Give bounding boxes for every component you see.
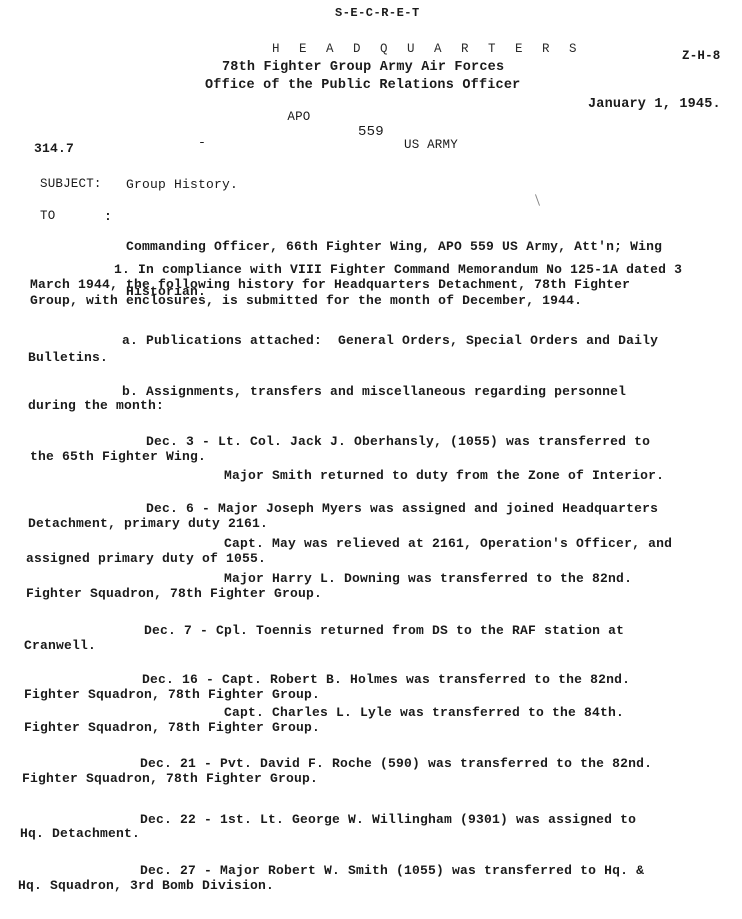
stray-mark (535, 194, 540, 206)
paragraph-a-line: Bulletins. (28, 350, 108, 365)
to-colon: : (104, 209, 112, 224)
to-label: TO (40, 209, 55, 223)
entry-line: Dec. 16 - Capt. Robert B. Holmes was tra… (142, 672, 630, 687)
entry-line: Fighter Squadron, 78th Fighter Group. (26, 586, 322, 601)
entry-line: assigned primary duty of 1055. (26, 551, 266, 566)
entry-line: Dec. 27 - Major Robert W. Smith (1055) w… (140, 863, 644, 878)
document-date: January 1, 1945. (588, 97, 721, 112)
paragraph-1-line: Group, with enclosures, is submitted for… (30, 293, 582, 308)
entry-line: Hq. Squadron, 3rd Bomb Division. (18, 878, 274, 893)
entry-line: Dec. 21 - Pvt. David F. Roche (590) was … (140, 756, 652, 771)
paragraph-b-line: b. Assignments, transfers and miscellane… (122, 384, 626, 399)
file-number: 314.7 (34, 141, 74, 156)
letterhead-headquarters: H E A D Q U A R T E R S (272, 42, 583, 56)
stray-mark: - (198, 135, 206, 150)
entry-line: Fighter Squadron, 78th Fighter Group. (24, 687, 320, 702)
paragraph-1-line: March 1944, the following history for He… (30, 277, 630, 292)
classification-marking: S-E-C-R-E-T (335, 6, 420, 20)
entry-line: Hq. Detachment. (20, 826, 140, 841)
paragraph-a-line: a. Publications attached: General Orders… (122, 333, 658, 348)
apo-army: US ARMY (404, 138, 458, 152)
entry-line: Capt. May was relieved at 2161, Operatio… (224, 536, 672, 551)
entry-line: Major Smith returned to duty from the Zo… (224, 468, 664, 483)
entry-line: Cranwell. (24, 638, 96, 653)
entry-line: Detachment, primary duty 2161. (28, 516, 268, 531)
entry-line: the 65th Fighter Wing. (30, 449, 206, 464)
entry-line: Fighter Squadron, 78th Fighter Group. (22, 771, 318, 786)
subject-value: Group History. (126, 177, 238, 192)
letterhead-apo: APO 559 US ARMY (272, 96, 311, 152)
apo-number: 559 (358, 124, 384, 140)
entry-line: Dec. 7 - Cpl. Toennis returned from DS t… (144, 623, 624, 638)
entry-line: Dec. 3 - Lt. Col. Jack J. Oberhansly, (1… (146, 434, 650, 449)
letterhead-office: Office of the Public Relations Officer (205, 78, 520, 93)
paragraph-1-line: 1. In compliance with VIII Fighter Comma… (114, 262, 682, 277)
file-reference: Z-H-8 (682, 49, 721, 63)
entry-line: Dec. 22 - 1st. Lt. George W. Willingham … (140, 812, 636, 827)
paragraph-b-line: during the month: (28, 398, 164, 413)
apo-label: APO (287, 110, 310, 124)
entry-line: Dec. 6 - Major Joseph Myers was assigned… (146, 501, 658, 516)
to-line: Commanding Officer, 66th Fighter Wing, A… (126, 239, 662, 254)
entry-line: Major Harry L. Downing was transferred t… (224, 571, 632, 586)
subject-label: SUBJECT: (40, 177, 102, 191)
entry-line: Fighter Squadron, 78th Fighter Group. (24, 720, 320, 735)
entry-line: Capt. Charles L. Lyle was transferred to… (224, 705, 624, 720)
letterhead-unit: 78th Fighter Group Army Air Forces (222, 60, 504, 75)
